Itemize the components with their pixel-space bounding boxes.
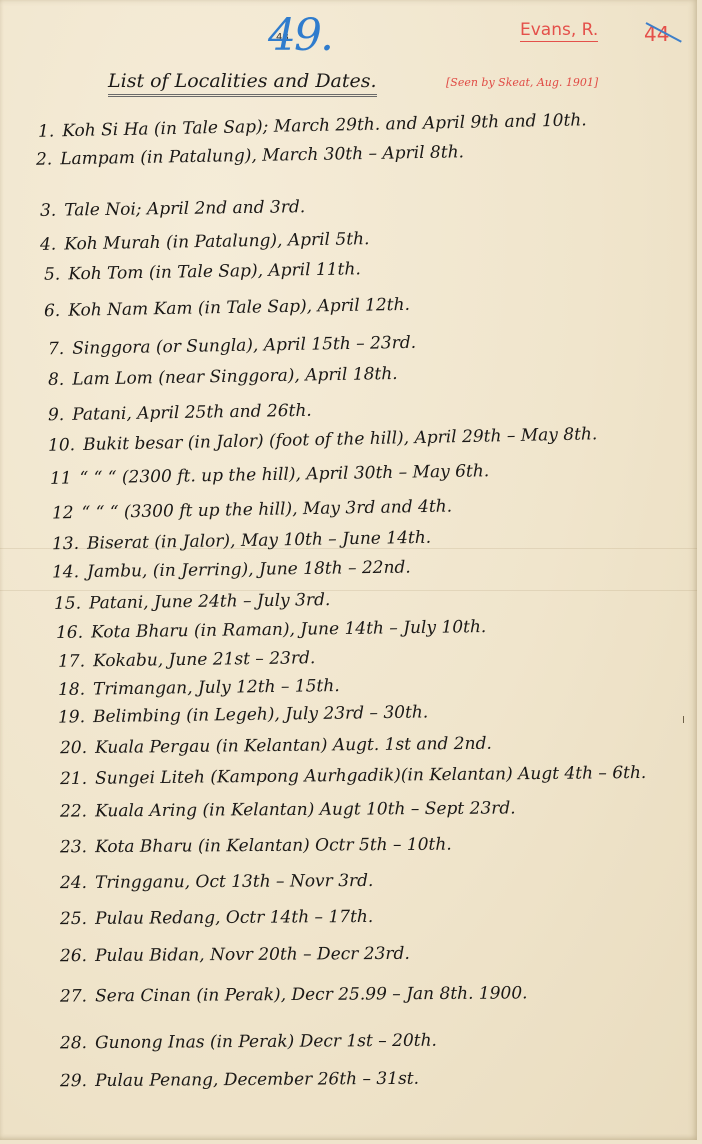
- list-item: 25.Pulau Redang, Octr 14th – 17th.: [60, 907, 373, 929]
- manuscript-page: 48 49. Evans, R. 44 List of Localities a…: [0, 0, 697, 1140]
- list-item: 16.Kota Bharu (in Raman), June 14th – Ju…: [56, 617, 487, 643]
- list-item: 17.Kokabu, June 21st – 23rd.: [58, 648, 316, 672]
- list-item: 19.Belimbing (in Legeh), July 23rd – 30t…: [58, 702, 428, 727]
- list-item: 10.Bukit besar (in Jalor) (foot of the h…: [48, 424, 598, 456]
- list-item: 1.Koh Si Ha (in Tale Sap); March 29th. a…: [38, 110, 587, 141]
- list-item: 26.Pulau Bidan, Novr 20th – Decr 23rd.: [60, 944, 410, 966]
- list-item: 28.Gunong Inas (in Perak) Decr 1st – 20t…: [60, 1031, 437, 1054]
- list-item: 24.Tringganu, Oct 13th – Novr 3rd.: [60, 871, 374, 893]
- list-item: 6.Koh Nam Kam (in Tale Sap), April 12th.: [44, 295, 410, 321]
- list-item: 8.Lam Lom (near Singgora), April 18th.: [48, 364, 398, 390]
- list-item: 21.Sungei Liteh (Kampong Aurhgadik)(in K…: [60, 763, 646, 789]
- list-item: 2.Lampam (in Patalung), March 30th – Apr…: [36, 142, 464, 169]
- list-item: 5.Koh Tom (in Tale Sap), April 11th.: [44, 259, 361, 285]
- list-item: 4.Koh Murah (in Patalung), April 5th.: [40, 229, 370, 255]
- list-item: 29.Pulau Penang, December 26th – 31st.: [60, 1069, 419, 1092]
- locality-list: 1.Koh Si Ha (in Tale Sap); March 29th. a…: [0, 0, 697, 1140]
- list-item: 23.Kota Bharu (in Kelantan) Octr 5th – 1…: [60, 835, 452, 858]
- list-item: 20.Kuala Pergau (in Kelantan) Augt. 1st …: [60, 734, 492, 759]
- list-item: 12“ “ “ (3300 ft up the hill), May 3rd a…: [52, 497, 452, 524]
- list-item: 27.Sera Cinan (in Perak), Decr 25.99 – J…: [60, 983, 528, 1006]
- list-item: 18.Trimangan, July 12th – 15th.: [58, 676, 340, 700]
- list-item: 22.Kuala Aring (in Kelantan) Augt 10th –…: [60, 798, 516, 821]
- list-item: 7.Singgora (or Sungla), April 15th – 23r…: [48, 333, 416, 359]
- list-item: 11“ “ “ (2300 ft. up the hill), April 30…: [50, 461, 489, 489]
- list-item: 14.Jambu, (in Jerring), June 18th – 22nd…: [52, 557, 411, 582]
- list-item: 13.Biserat (in Jalor), May 10th – June 1…: [52, 528, 431, 555]
- list-item: 3.Tale Noi; April 2nd and 3rd.: [40, 197, 305, 221]
- list-item: 9.Patani, April 25th and 26th.: [48, 401, 312, 426]
- margin-mark: I: [682, 715, 685, 726]
- list-item: 15.Patani, June 24th – July 3rd.: [54, 590, 331, 614]
